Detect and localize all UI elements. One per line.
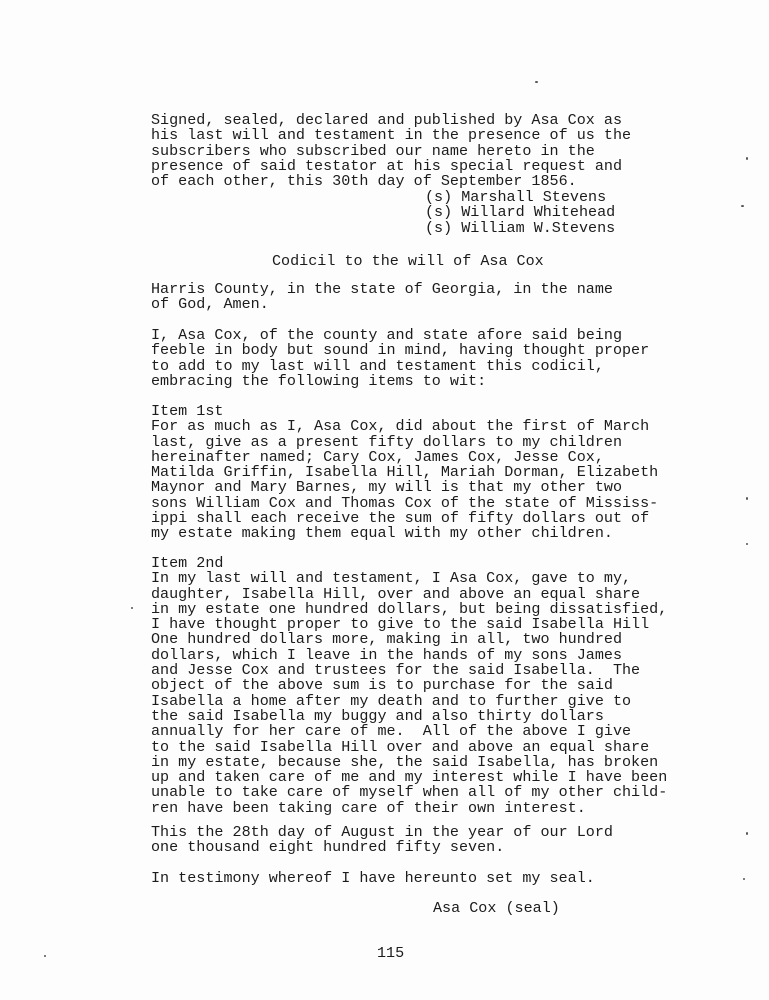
- scan-speck: [746, 157, 748, 160]
- page-number-block: 115: [377, 946, 404, 961]
- codicil-heading-block: Codicil to the will of Asa Cox: [272, 254, 544, 269]
- scan-speck: [535, 81, 538, 83]
- codicil-heading: Codicil to the will of Asa Cox: [272, 254, 544, 269]
- text-line: In testimony whereof I have hereunto set…: [151, 871, 595, 886]
- scan-speck: [743, 878, 745, 880]
- text-line: of God, Amen.: [151, 297, 613, 312]
- item-2-section: Item 2nd In my last will and testament, …: [151, 556, 667, 816]
- document-page: Signed, sealed, declared and published b…: [0, 0, 769, 1000]
- page-number: 115: [377, 946, 404, 961]
- text-line: one thousand eight hundred fifty seven.: [151, 840, 613, 855]
- witness-signatures: (s) Marshall Stevens (s) Willard Whitehe…: [425, 190, 615, 236]
- dating-paragraph: This the 28th day of August in the year …: [151, 825, 613, 856]
- intro-paragraph: I, Asa Cox, of the county and state afor…: [151, 328, 649, 389]
- scan-speck: [746, 497, 748, 500]
- scan-speck: [741, 205, 744, 207]
- attestation-paragraph: Signed, sealed, declared and published b…: [151, 113, 631, 189]
- text-line: embracing the following items to wit:: [151, 374, 649, 389]
- text-line: my estate making them equal with my othe…: [151, 526, 658, 541]
- witness-signature: (s) William W.Stevens: [425, 221, 615, 236]
- scan-speck: [746, 543, 748, 545]
- scan-speck: [44, 955, 46, 957]
- preamble-paragraph: Harris County, in the state of Georgia, …: [151, 282, 613, 313]
- testator-signature-block: Asa Cox (seal): [433, 901, 560, 916]
- item-1-section: Item 1st For as much as I, Asa Cox, did …: [151, 404, 658, 542]
- testimony-paragraph: In testimony whereof I have hereunto set…: [151, 871, 595, 886]
- scan-speck: [131, 607, 133, 609]
- scan-speck: [746, 832, 748, 835]
- text-line: ren have been taking care of their own i…: [151, 801, 667, 816]
- testator-signature: Asa Cox (seal): [433, 901, 560, 916]
